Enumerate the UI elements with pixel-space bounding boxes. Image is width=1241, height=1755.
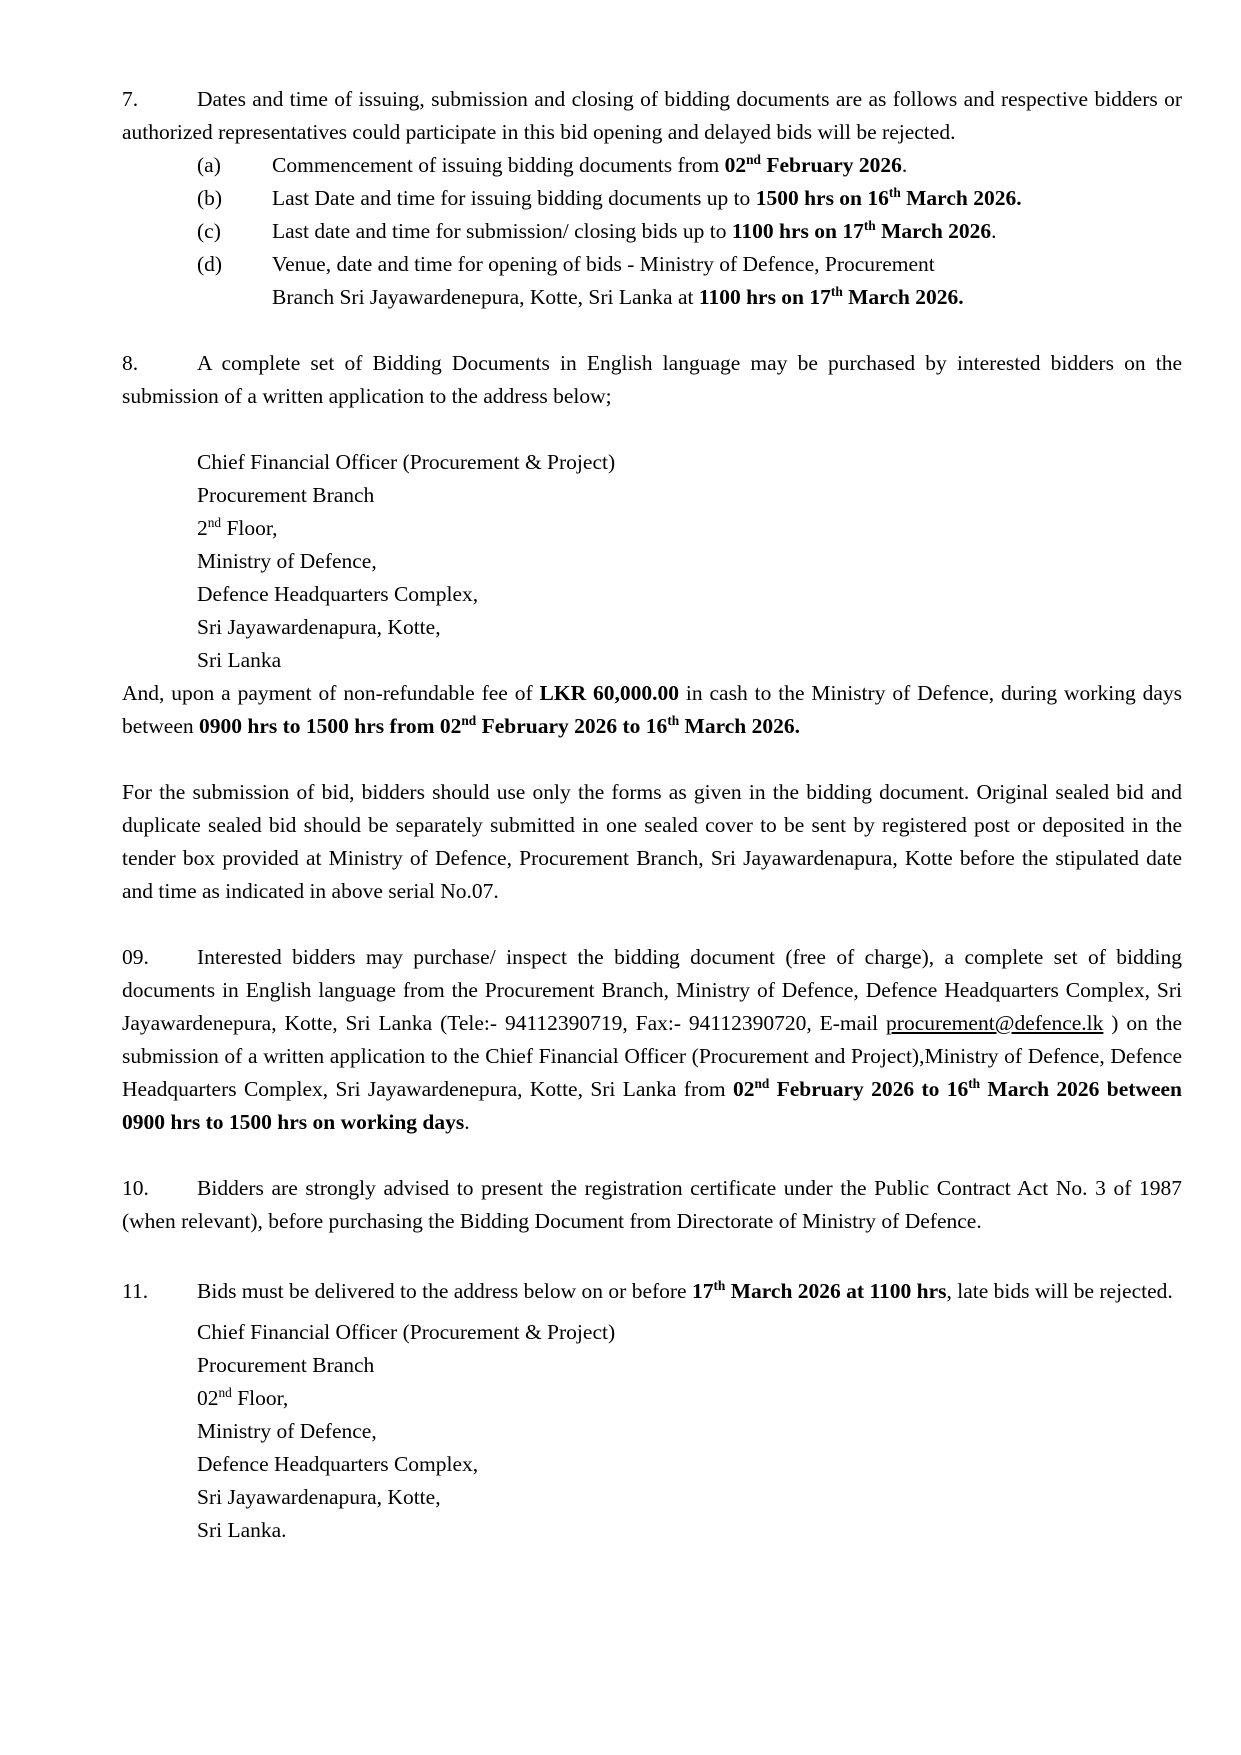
address-line: Defence Headquarters Complex, bbox=[197, 1448, 1182, 1481]
address-line: 02nd Floor, bbox=[197, 1382, 1182, 1415]
item-text: Venue, date and time for opening of bids… bbox=[272, 248, 1182, 281]
text: . bbox=[464, 1110, 469, 1134]
address-line: Sri Jayawardenapura, Kotte, bbox=[197, 1481, 1182, 1514]
address-block-2: Chief Financial Officer (Procurement & P… bbox=[197, 1316, 1182, 1547]
address-block-1: Chief Financial Officer (Procurement & P… bbox=[197, 446, 1182, 677]
item-label: (d) bbox=[197, 248, 272, 281]
deadline: 17 bbox=[692, 1279, 714, 1303]
address-line: Sri Jayawardenapura, Kotte, bbox=[197, 611, 1182, 644]
ordinal: th bbox=[831, 284, 843, 299]
item-date: 1100 hrs on 17 bbox=[699, 285, 831, 309]
item-date-rest: March 2026 bbox=[876, 219, 991, 243]
address-line: Ministry of Defence, bbox=[197, 1415, 1182, 1448]
ordinal: nd bbox=[754, 1076, 769, 1091]
text: Bidders are strongly advised to present … bbox=[122, 1176, 1182, 1233]
item-text: Last Date and time for issuing bidding d… bbox=[272, 186, 756, 210]
clause-9: 09.Interested bidders may purchase/ insp… bbox=[122, 941, 1182, 1139]
address-line: Chief Financial Officer (Procurement & P… bbox=[197, 446, 1182, 479]
ordinal: th bbox=[713, 1278, 725, 1293]
period: February 2026 to 16 bbox=[769, 1077, 968, 1101]
clause-number: 7. bbox=[122, 83, 197, 116]
item-label: (b) bbox=[197, 182, 272, 215]
ordinal: nd bbox=[746, 152, 761, 167]
floor-number: 02 bbox=[197, 1386, 219, 1410]
ordinal: th bbox=[667, 713, 679, 728]
ordinal: th bbox=[968, 1076, 980, 1091]
clause-number: 11. bbox=[122, 1275, 197, 1308]
item-label: (c) bbox=[197, 215, 272, 248]
item-text: Last date and time for submission/ closi… bbox=[272, 219, 732, 243]
item-date-rest: March 2026. bbox=[843, 285, 964, 309]
floor-number: 2 bbox=[197, 516, 208, 540]
address-line: Sri Lanka. bbox=[197, 1514, 1182, 1547]
item-label: (a) bbox=[197, 149, 272, 182]
period: 0900 hrs to 1500 hrs from 02 bbox=[199, 714, 461, 738]
item-date-rest: February 2026 bbox=[761, 153, 902, 177]
ordinal: nd bbox=[208, 515, 221, 530]
clause-8-intro: A complete set of Bidding Documents in E… bbox=[122, 351, 1182, 408]
item-text: Branch Sri Jayawardenepura, Kotte, Sri L… bbox=[272, 285, 699, 309]
clause-10: 10.Bidders are strongly advised to prese… bbox=[122, 1172, 1182, 1238]
item-text: Commencement of issuing bidding document… bbox=[272, 153, 725, 177]
ordinal: th bbox=[864, 218, 876, 233]
floor-text: Floor, bbox=[221, 516, 277, 540]
period: 02 bbox=[733, 1077, 755, 1101]
schedule-item-c: (c)Last date and time for submission/ cl… bbox=[122, 215, 1182, 248]
schedule-item-d: (d)Venue, date and time for opening of b… bbox=[122, 248, 1182, 281]
clause-7-intro: Dates and time of issuing, submission an… bbox=[122, 87, 1182, 144]
item-tail: . bbox=[991, 219, 996, 243]
document-page: 7.Dates and time of issuing, submission … bbox=[122, 83, 1182, 1547]
address-line: 2nd Floor, bbox=[197, 512, 1182, 545]
item-date-rest: March 2026. bbox=[901, 186, 1022, 210]
fee-amount: LKR 60,000.00 bbox=[540, 681, 679, 705]
address-line: Procurement Branch bbox=[197, 1349, 1182, 1382]
address-line: Chief Financial Officer (Procurement & P… bbox=[197, 1316, 1182, 1349]
item-date: 1100 hrs on 17 bbox=[732, 219, 864, 243]
deadline: March 2026 at 1100 hrs bbox=[725, 1279, 946, 1303]
text: And, upon a payment of non-refundable fe… bbox=[122, 681, 540, 705]
address-line: Ministry of Defence, bbox=[197, 545, 1182, 578]
submission-note: For the submission of bid, bidders shoul… bbox=[122, 776, 1182, 908]
text: Bids must be delivered to the address be… bbox=[197, 1279, 692, 1303]
payment-terms: And, upon a payment of non-refundable fe… bbox=[122, 677, 1182, 743]
period: March 2026. bbox=[679, 714, 800, 738]
item-tail: . bbox=[902, 153, 907, 177]
address-line: Procurement Branch bbox=[197, 479, 1182, 512]
schedule-item-a: (a)Commencement of issuing bidding docum… bbox=[122, 149, 1182, 182]
item-date: 1500 hrs on 16 bbox=[756, 186, 889, 210]
text: , late bids will be rejected. bbox=[947, 1279, 1173, 1303]
address-line: Defence Headquarters Complex, bbox=[197, 578, 1182, 611]
address-line: Sri Lanka bbox=[197, 644, 1182, 677]
clause-7: 7.Dates and time of issuing, submission … bbox=[122, 83, 1182, 149]
ordinal: th bbox=[889, 185, 901, 200]
clause-number: 09. bbox=[122, 941, 197, 974]
ordinal: nd bbox=[461, 713, 476, 728]
schedule-item-b: (b)Last Date and time for issuing biddin… bbox=[122, 182, 1182, 215]
schedule-item-d-continued: Branch Sri Jayawardenepura, Kotte, Sri L… bbox=[272, 281, 1182, 314]
period: February 2026 to 16 bbox=[476, 714, 667, 738]
email-link[interactable]: procurement@defence.lk bbox=[886, 1011, 1103, 1035]
clause-number: 10. bbox=[122, 1172, 197, 1205]
ordinal: nd bbox=[219, 1385, 232, 1400]
clause-8: 8.A complete set of Bidding Documents in… bbox=[122, 347, 1182, 413]
clause-7-schedule: (a)Commencement of issuing bidding docum… bbox=[122, 149, 1182, 281]
floor-text: Floor, bbox=[232, 1386, 288, 1410]
item-date: 02 bbox=[725, 153, 747, 177]
clause-number: 8. bbox=[122, 347, 197, 380]
clause-11: 11.Bids must be delivered to the address… bbox=[122, 1275, 1182, 1308]
